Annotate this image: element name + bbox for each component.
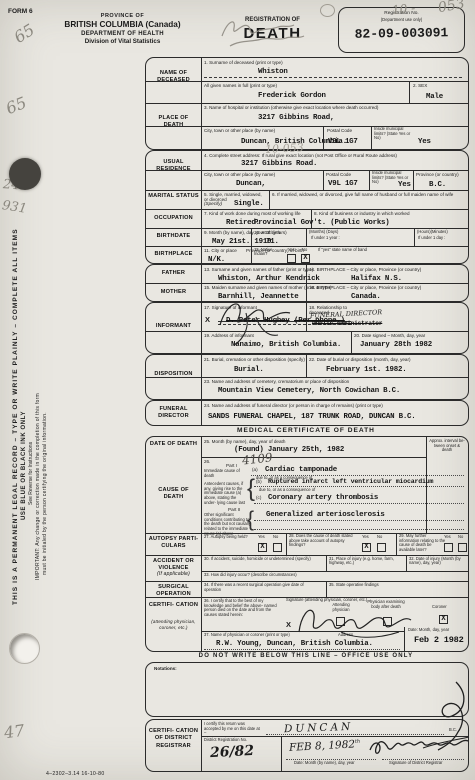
field-father-name-label: 13. Surname and given names of father (p… (204, 267, 313, 272)
autopsy-27-no-checkbox (273, 543, 282, 552)
section-label-name: NAME OF DECEASED (148, 70, 199, 85)
field-native-label: 12. Native Indian? (254, 248, 284, 257)
margin-number-65b: 65 (3, 93, 29, 118)
field-disposition-date-label: 22. Date of burial or disposition (month… (309, 357, 411, 362)
field-death-limits-label: Inside municipal limits? (State Yes or N… (374, 127, 414, 141)
cause-brace-1: { (247, 475, 255, 503)
field-disposition-date-value: February 1st. 1982. (326, 366, 406, 374)
registrar-regno-value: 26/82 (210, 743, 255, 761)
section-label-disposition: DISPOSITION (148, 371, 199, 378)
field-spouse-label: 6. If married, widowed, or divorced, giv… (272, 192, 466, 197)
field-hours-minutes-label: (Hours)(Minutes) (417, 230, 448, 235)
death-registration-document: FORM 6 PROVINCE OF BRITISH COLUMBIA (Can… (0, 0, 475, 780)
cause-a-tag: (a) (252, 467, 258, 472)
field-mother-birthplace-label: 16. BIRTHPLACE – City or place, Province… (309, 285, 421, 290)
section-label-mother: MOTHER (148, 289, 199, 296)
section-label-father: FATHER (148, 270, 199, 277)
accident-33-label: 33. How did injury occur? (describe circ… (204, 573, 297, 578)
section-label-accident-sub: (If applicable) (148, 571, 199, 578)
section-label-occupation: OCCUPATION (148, 215, 199, 222)
registrar-certify-label: I certify this return was accepted by me… (204, 722, 262, 736)
autopsy-27-no: No (273, 535, 278, 540)
autopsy-27-yes: Yes (258, 535, 265, 540)
section-label-certification: CERTIFI- CATION (148, 602, 199, 609)
autopsy-28-label: 28. Does the cause of death stated above… (289, 534, 357, 548)
field-under-day-label: If under 1 day : (418, 236, 445, 241)
accident-31-label: 31. Place of injury (e.g. home, farm, hi… (329, 557, 399, 566)
form-number: FORM 6 (8, 8, 33, 15)
immediate-cause-label: Immediate cause of death (204, 469, 250, 478)
registrar-date-label: Date: Month (by name), day, year (294, 761, 355, 766)
field-given-names-label: All given names in full (print or type) (204, 83, 277, 88)
registration-number-value: 82-09-003091 (339, 25, 464, 42)
division: Division of Vital Statistics (55, 38, 190, 45)
field-industry-value: Provincial Gov't. (Public Works) (254, 219, 390, 227)
field-street-label: 4. Complete street address: If rural giv… (204, 153, 464, 158)
office-use-line: DO NOT WRITE BELOW THIS LINE – OFFICE US… (145, 653, 467, 659)
margin-notice-line2: USE BLUE OR BLACK INK ONLY (21, 411, 27, 520)
section-label-birthplace: BIRTHPLACE (148, 251, 199, 258)
field-surname-value: Whiston (258, 68, 288, 76)
antecedent-label: Antecedent causes, if any, giving rise t… (204, 482, 249, 506)
field-disposition-type-value: Burial. (234, 366, 264, 374)
pencil-overlay-10-053: 10-053 (265, 141, 304, 156)
section-label-date-of-death: DATE OF DEATH (148, 441, 199, 448)
surgical-35-label: 35. State operative findings (329, 583, 379, 588)
field-death-postal-label: Postal Code (327, 128, 352, 133)
section-label-autopsy: AUTOPSY PARTI- CULARS (148, 536, 199, 551)
section-label-birthdate: BIRTHDATE (148, 233, 199, 240)
native-no-checkbox: X (301, 254, 310, 263)
section-label-cause-of-death: CAUSE OF DEATH (148, 487, 199, 502)
field-surname-label: 1. Surname of deceased (print or type) (204, 60, 283, 65)
field-res-province-label: Province (or country) (416, 172, 459, 177)
section-disposition: DISPOSITION 21. Burial, cremation or oth… (145, 354, 469, 400)
field-death-postal-value: V9L 1G7 (328, 138, 358, 146)
native-yes-checkbox (287, 254, 296, 263)
field-marital-value: Single. (234, 200, 264, 208)
autopsy-29-no: No (458, 535, 463, 540)
cause-a-value: Cardiac tamponade (265, 466, 337, 474)
autopsy-27-yes-checkbox: X (258, 543, 267, 552)
native-no-label: No (302, 248, 307, 253)
pencil-annotation-10: 10 - (391, 1, 415, 17)
field-funeral-director-label: 24. Name and address of funeral director… (204, 403, 383, 408)
cert-coroner-checkbox: X (439, 615, 448, 624)
field-industry-label: 8. Kind of business or industry in which… (314, 211, 410, 216)
section-name-place: NAME OF DECEASED PLACE OF DEATH 1. Surna… (145, 57, 469, 150)
cause-b-value: Ruptured infarct left ventricular miocar… (268, 478, 433, 485)
hole-punch (9, 633, 40, 664)
field-father-name-value: Whiston, Arthur Kendrick (218, 275, 320, 283)
form-code-footer: 4–2302–3.14 16-10-80 (46, 771, 105, 777)
margin-number-931: 931 (1, 198, 28, 217)
section-label-residence: USUAL RESIDENCE (148, 159, 199, 174)
field-birthplace-value: N/K. (208, 256, 225, 264)
section-funeral-director: FUNERAL DIRECTOR 24. Name and address of… (145, 400, 469, 426)
field-given-names-value: Frederick Gordon (258, 92, 326, 100)
accident-30-label: 30. If accident, suicide, homicide or un… (204, 557, 319, 562)
autopsy-28-yes-checkbox: X (362, 543, 371, 552)
autopsy-29-no-checkbox (458, 543, 467, 552)
cause-brace-2: { (247, 508, 254, 532)
cert-36-label: 36. I certify that to the best of my kno… (204, 599, 282, 618)
field-death-limits-value: Yes (418, 138, 431, 146)
notations-label: Notations: (154, 666, 177, 671)
cert-coroner-label: Coroner (432, 605, 447, 610)
field-age-value: 71. (266, 238, 279, 246)
margin-number-47: 47 (3, 721, 26, 743)
field-funeral-director-value: SANDS FUNERAL CHAPEL, 187 TRUNK ROAD, DU… (208, 413, 416, 421)
pencil-scrawl (212, 8, 337, 58)
field-birthdate-value: May 21st. 1910 (212, 238, 271, 246)
hole-punch (9, 158, 41, 190)
province-block: PROVINCE OF BRITISH COLUMBIA (Canada) DE… (55, 13, 190, 45)
section-label-marital: MARITAL STATUS (148, 193, 199, 200)
registrar-date-handwritten: FEB 8, 1982th (289, 738, 361, 754)
section-label-place-of-death: PLACE OF DEATH (148, 115, 199, 130)
field-father-birthplace-value: Halifax N.S. (351, 275, 402, 283)
field-age-label: 10. AGE (years) (254, 230, 287, 235)
field-res-limits-value: Yes (398, 181, 411, 189)
field-date-signed-value: January 28th 1982 (360, 341, 432, 349)
registrar-signature (368, 678, 473, 770)
autopsy-29-yes: Yes (444, 535, 451, 540)
department: DEPARTMENT OF HEALTH (55, 31, 190, 37)
field-marital-specify: (Specify) (204, 201, 222, 206)
field-birthplace-city-label: 11. City or place (204, 248, 237, 253)
field-months-days-label: (Months) (Days) (309, 230, 338, 235)
section-label-certification-sub: (attending physician, coroner, etc.) (148, 619, 199, 630)
field-death-location-value: 3217 Gibbins Road, (258, 114, 334, 122)
field-mother-birthplace-value: Canada. (351, 293, 381, 301)
field-band-label: If "yes" state name of band (318, 248, 388, 253)
cause-c-tag: (c) (256, 495, 261, 500)
field-sex-value: Male (426, 93, 443, 101)
native-yes-label: Yes (288, 248, 295, 253)
surgical-34-label: 34. If there was a recent surgical opera… (204, 583, 314, 592)
autopsy-29-label: 29. May further information relating to … (399, 534, 447, 553)
field-date-signed-label: 20. Date signed – Month, day, year (354, 333, 425, 338)
autopsy-28-no-checkbox (377, 543, 386, 552)
autopsy-28-yes: Yes (362, 535, 369, 540)
field-work-label: 7. Kind of work done during most of work… (204, 211, 301, 216)
field-death-city-label: City, town or other place (by name) (204, 128, 275, 133)
cert-date-value: Feb 2 1982 (414, 635, 464, 645)
margin-notice-line3: See Reverse for Instructions (28, 442, 34, 505)
field-res-postal-label: Postal Code (326, 172, 351, 177)
section-label-informant: INFORMANT (148, 323, 199, 330)
field-res-postal-value: V9L 1G7 (328, 180, 358, 188)
margin-notice-line1: THIS IS A PERMANENT LEGAL RECORD – TYPE … (12, 228, 19, 605)
cause-due-to-2: due to, or as a consequence of (259, 488, 315, 493)
margin-important-line1: IMPORTANT: Any change or correction made… (35, 393, 41, 580)
field-death-location-label: 3. Name of hospital or institution (othe… (204, 105, 454, 110)
field-cemetery-label: 23. Name and address of cemetery, cremat… (204, 379, 349, 384)
autopsy-29-yes-checkbox (444, 543, 453, 552)
province-name: BRITISH COLUMBIA (Canada) (55, 20, 190, 29)
field-sex-label: 2. SEX (413, 83, 427, 88)
section-residence-personal: USUAL RESIDENCE MARITAL STATUS OCCUPATIO… (145, 150, 469, 264)
field-cemetery-value: Mountain View Cemetery, North Cowichan B… (218, 387, 400, 395)
cause-b-tag: (b) (256, 479, 262, 484)
field-street-value: 3217 Gibbins Road. (241, 160, 317, 168)
section-label-funeral-director: FUNERAL DIRECTOR (148, 406, 199, 421)
field-res-city-value: Duncan, (236, 180, 266, 188)
field-res-province-value: B.C. (429, 181, 446, 189)
registration-number-sublabel: (Department use only) (339, 17, 464, 22)
cause-c-value: Coronary artery thrombosis (268, 494, 378, 502)
section-informant: INFORMANT 17. Signature of informant X D… (145, 302, 469, 354)
interval-onset-label: Approx. interval be- tween onset & death (429, 439, 465, 453)
field-death-date-label: 25. Month (by name), day, year of death (204, 439, 285, 444)
cert-37-label: 37. Name of physician or coroner (print … (204, 633, 290, 638)
cause-26: 26. (204, 459, 210, 464)
autopsy-28-no: No (377, 535, 382, 540)
section-label-district-registrar: CERTIFI- CATION OF DISTRICT REGISTRAR (148, 728, 199, 750)
physician-signature (281, 600, 416, 648)
pencil-code-4109: 4109 (241, 450, 273, 467)
margin-number-65a: 65 (11, 20, 38, 47)
province-of: PROVINCE OF (55, 13, 190, 19)
field-under-year-label: If under 1 year : (311, 236, 340, 241)
section-medical-certificate: DATE OF DEATH 25. Month (by name), day, … (145, 436, 469, 652)
field-disposition-type-label: 21. Burial, cremation or other dispositi… (204, 357, 305, 362)
field-father-birthplace-label: 14. BIRTHPLACE – City or place, Province… (309, 267, 421, 272)
field-res-city-label: City, town or other place (by name) (204, 172, 275, 177)
accident-32-label: 32. Date of injury (Month (by name), day… (409, 557, 465, 566)
part2-value: Generalized arteriosclerosis (266, 511, 385, 519)
medical-certificate-title: MEDICAL CERTIFICATE OF DEATH (145, 427, 467, 434)
registrar-regno-label: District Registration No. (204, 738, 247, 743)
margin-important-line2: must be initialed by the person certifyi… (42, 412, 48, 575)
autopsy-27-label: 27. Autopsy being held? (204, 535, 254, 540)
informant-signature (198, 293, 323, 348)
